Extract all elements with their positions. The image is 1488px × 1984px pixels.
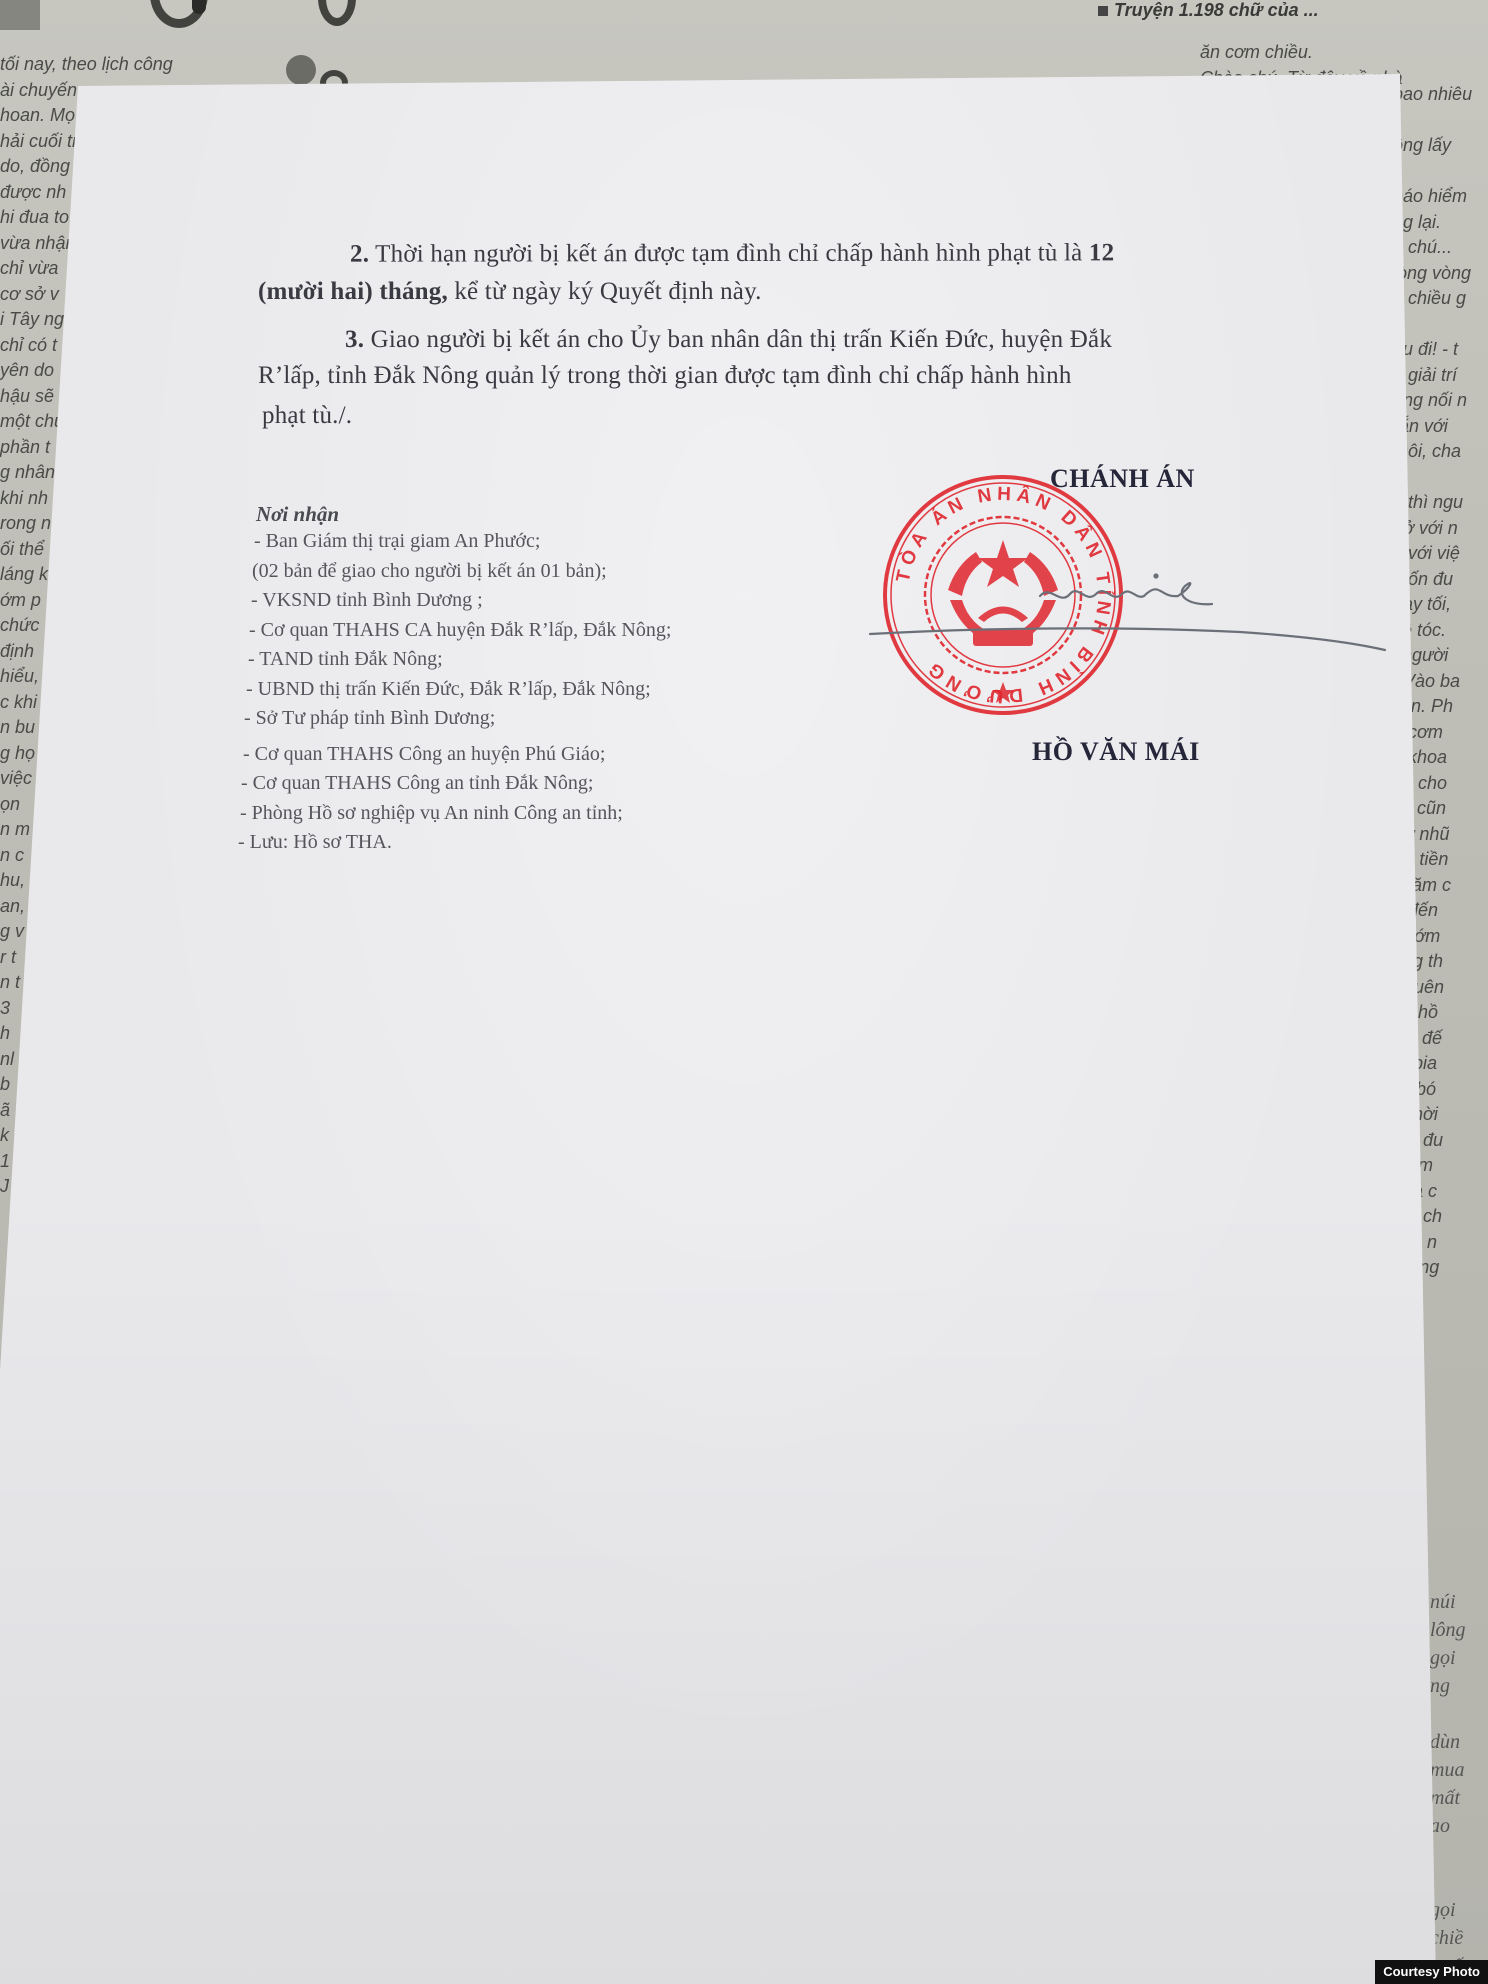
- newspaper-line: [1430, 1868, 1466, 1896]
- newspaper-line: ăn cơm chiều.: [1200, 40, 1403, 66]
- signer-name: HỒ VĂN MÁI: [1032, 737, 1200, 767]
- newspaper-line: gọi: [1430, 1644, 1466, 1672]
- paragraph-number: 3.: [345, 326, 364, 353]
- newspaper-line: ng lại.: [1393, 210, 1488, 236]
- paragraph-2-line-1: 2. Thời hạn người bị kết án được tạm đìn…: [350, 239, 1114, 268]
- newspaper-line: [1393, 108, 1488, 134]
- recipient-item: (02 bản để giao cho người bị kết án 01 b…: [252, 560, 607, 583]
- newspaper-line: chiề: [1430, 1924, 1466, 1952]
- newspaper-header: Truyện 1.198 chữ của ...: [1098, 0, 1319, 21]
- recipient-item: - Ban Giám thị trại giam An Phước;: [254, 530, 540, 553]
- paragraph-text: kể từ ngày ký Quyết định này.: [454, 278, 761, 305]
- handwritten-signature: [860, 570, 1400, 660]
- headline-dark-blob: [286, 55, 316, 85]
- newspaper-line: [1430, 1840, 1466, 1868]
- newspaper-line: lòng vòng: [1393, 261, 1488, 287]
- headline-dark-blob: [192, 0, 206, 14]
- headline-letter-o: [318, 0, 356, 26]
- paragraph-3-line-2: R’lấp, tỉnh Đắk Nông quản lý trong thời …: [258, 362, 1072, 390]
- headline-dark-blob: [0, 0, 40, 30]
- recipient-item: - VKSND tỉnh Bình Dương ;: [251, 589, 483, 612]
- newspaper-line: í, chiều g: [1393, 286, 1488, 312]
- paragraph-text: Thời hạn người bị kết án được tạm đình c…: [375, 239, 1082, 267]
- newspaper-line: ùng nối n: [1393, 388, 1488, 414]
- recipient-item: - Cơ quan THAHS CA huyện Đắk R’lấp, Đắk …: [249, 619, 671, 642]
- newspaper-line: a chú...: [1393, 235, 1488, 261]
- paragraph-text: Giao người bị kết án cho Ủy ban nhân dân…: [371, 326, 1112, 353]
- newspaper-line: báo hiểm: [1393, 184, 1488, 210]
- paragraph-3-line-3: phạt tù./.: [262, 402, 352, 430]
- recipient-item: - UBND thị trấn Kiến Đức, Đắk R’lấp, Đắk…: [246, 678, 651, 701]
- paragraph-bold-text: (mười hai) tháng,: [258, 278, 448, 305]
- square-bullet-icon: [1098, 6, 1108, 16]
- newspaper-line: mua: [1430, 1756, 1466, 1784]
- newspaper-line: dùn: [1430, 1728, 1466, 1756]
- newspaper-line: [1430, 1700, 1466, 1728]
- newspaper-line: [1393, 312, 1488, 338]
- newspaper-line: rắn với: [1393, 414, 1488, 440]
- paragraph-bold-text: 12: [1089, 239, 1114, 266]
- recipient-item: - Cơ quan THAHS Công an huyện Phú Giáo;: [243, 743, 605, 766]
- newspaper-line: u giải trí: [1393, 363, 1488, 389]
- newspaper-line: gọi: [1430, 1896, 1466, 1924]
- newspaper-column-right-lower: núilônggọingdùnmuamấtaogọichiềg số: [1430, 1588, 1466, 1980]
- newspaper-line: ao: [1430, 1812, 1466, 1840]
- recipient-item: - Sở Tư pháp tỉnh Bình Dương;: [244, 707, 495, 730]
- photo-credit: Courtesy Photo: [1375, 1960, 1488, 1984]
- paragraph-number: 2.: [350, 241, 369, 268]
- newspaper-line: lông: [1430, 1616, 1466, 1644]
- newspaper-line: ng: [1430, 1672, 1466, 1700]
- paragraph-text: phạt tù./.: [262, 402, 352, 429]
- newspaper-line: [1393, 159, 1488, 185]
- newspaper-line: mất: [1430, 1784, 1466, 1812]
- recipient-item: - Phòng Hồ sơ nghiệp vụ An ninh Công an …: [240, 802, 623, 825]
- recipients-heading: Nơi nhận: [256, 502, 339, 527]
- newspaper-line: tối nay, theo lịch công: [0, 52, 200, 78]
- recipient-item: - Cơ quan THAHS Công an tỉnh Đắk Nông;: [241, 772, 593, 795]
- paragraph-2-line-2: (mười hai) tháng, kể từ ngày ký Quyết đị…: [258, 278, 762, 306]
- recipient-item: - TAND tỉnh Đắk Nông;: [248, 648, 443, 671]
- newspaper-line: ấu đi! - t: [1393, 337, 1488, 363]
- paragraph-3-line-1: 3. Giao người bị kết án cho Ủy ban nhân …: [345, 326, 1112, 354]
- newspaper-line: ông lấy: [1393, 133, 1488, 159]
- paragraph-text: R’lấp, tỉnh Đắk Nông quản lý trong thời …: [258, 362, 1072, 389]
- newspaper-line: núi: [1430, 1588, 1466, 1616]
- newspaper-line: bao nhiêu: [1393, 82, 1488, 108]
- recipient-item: - Lưu: Hồ sơ THA.: [238, 831, 392, 854]
